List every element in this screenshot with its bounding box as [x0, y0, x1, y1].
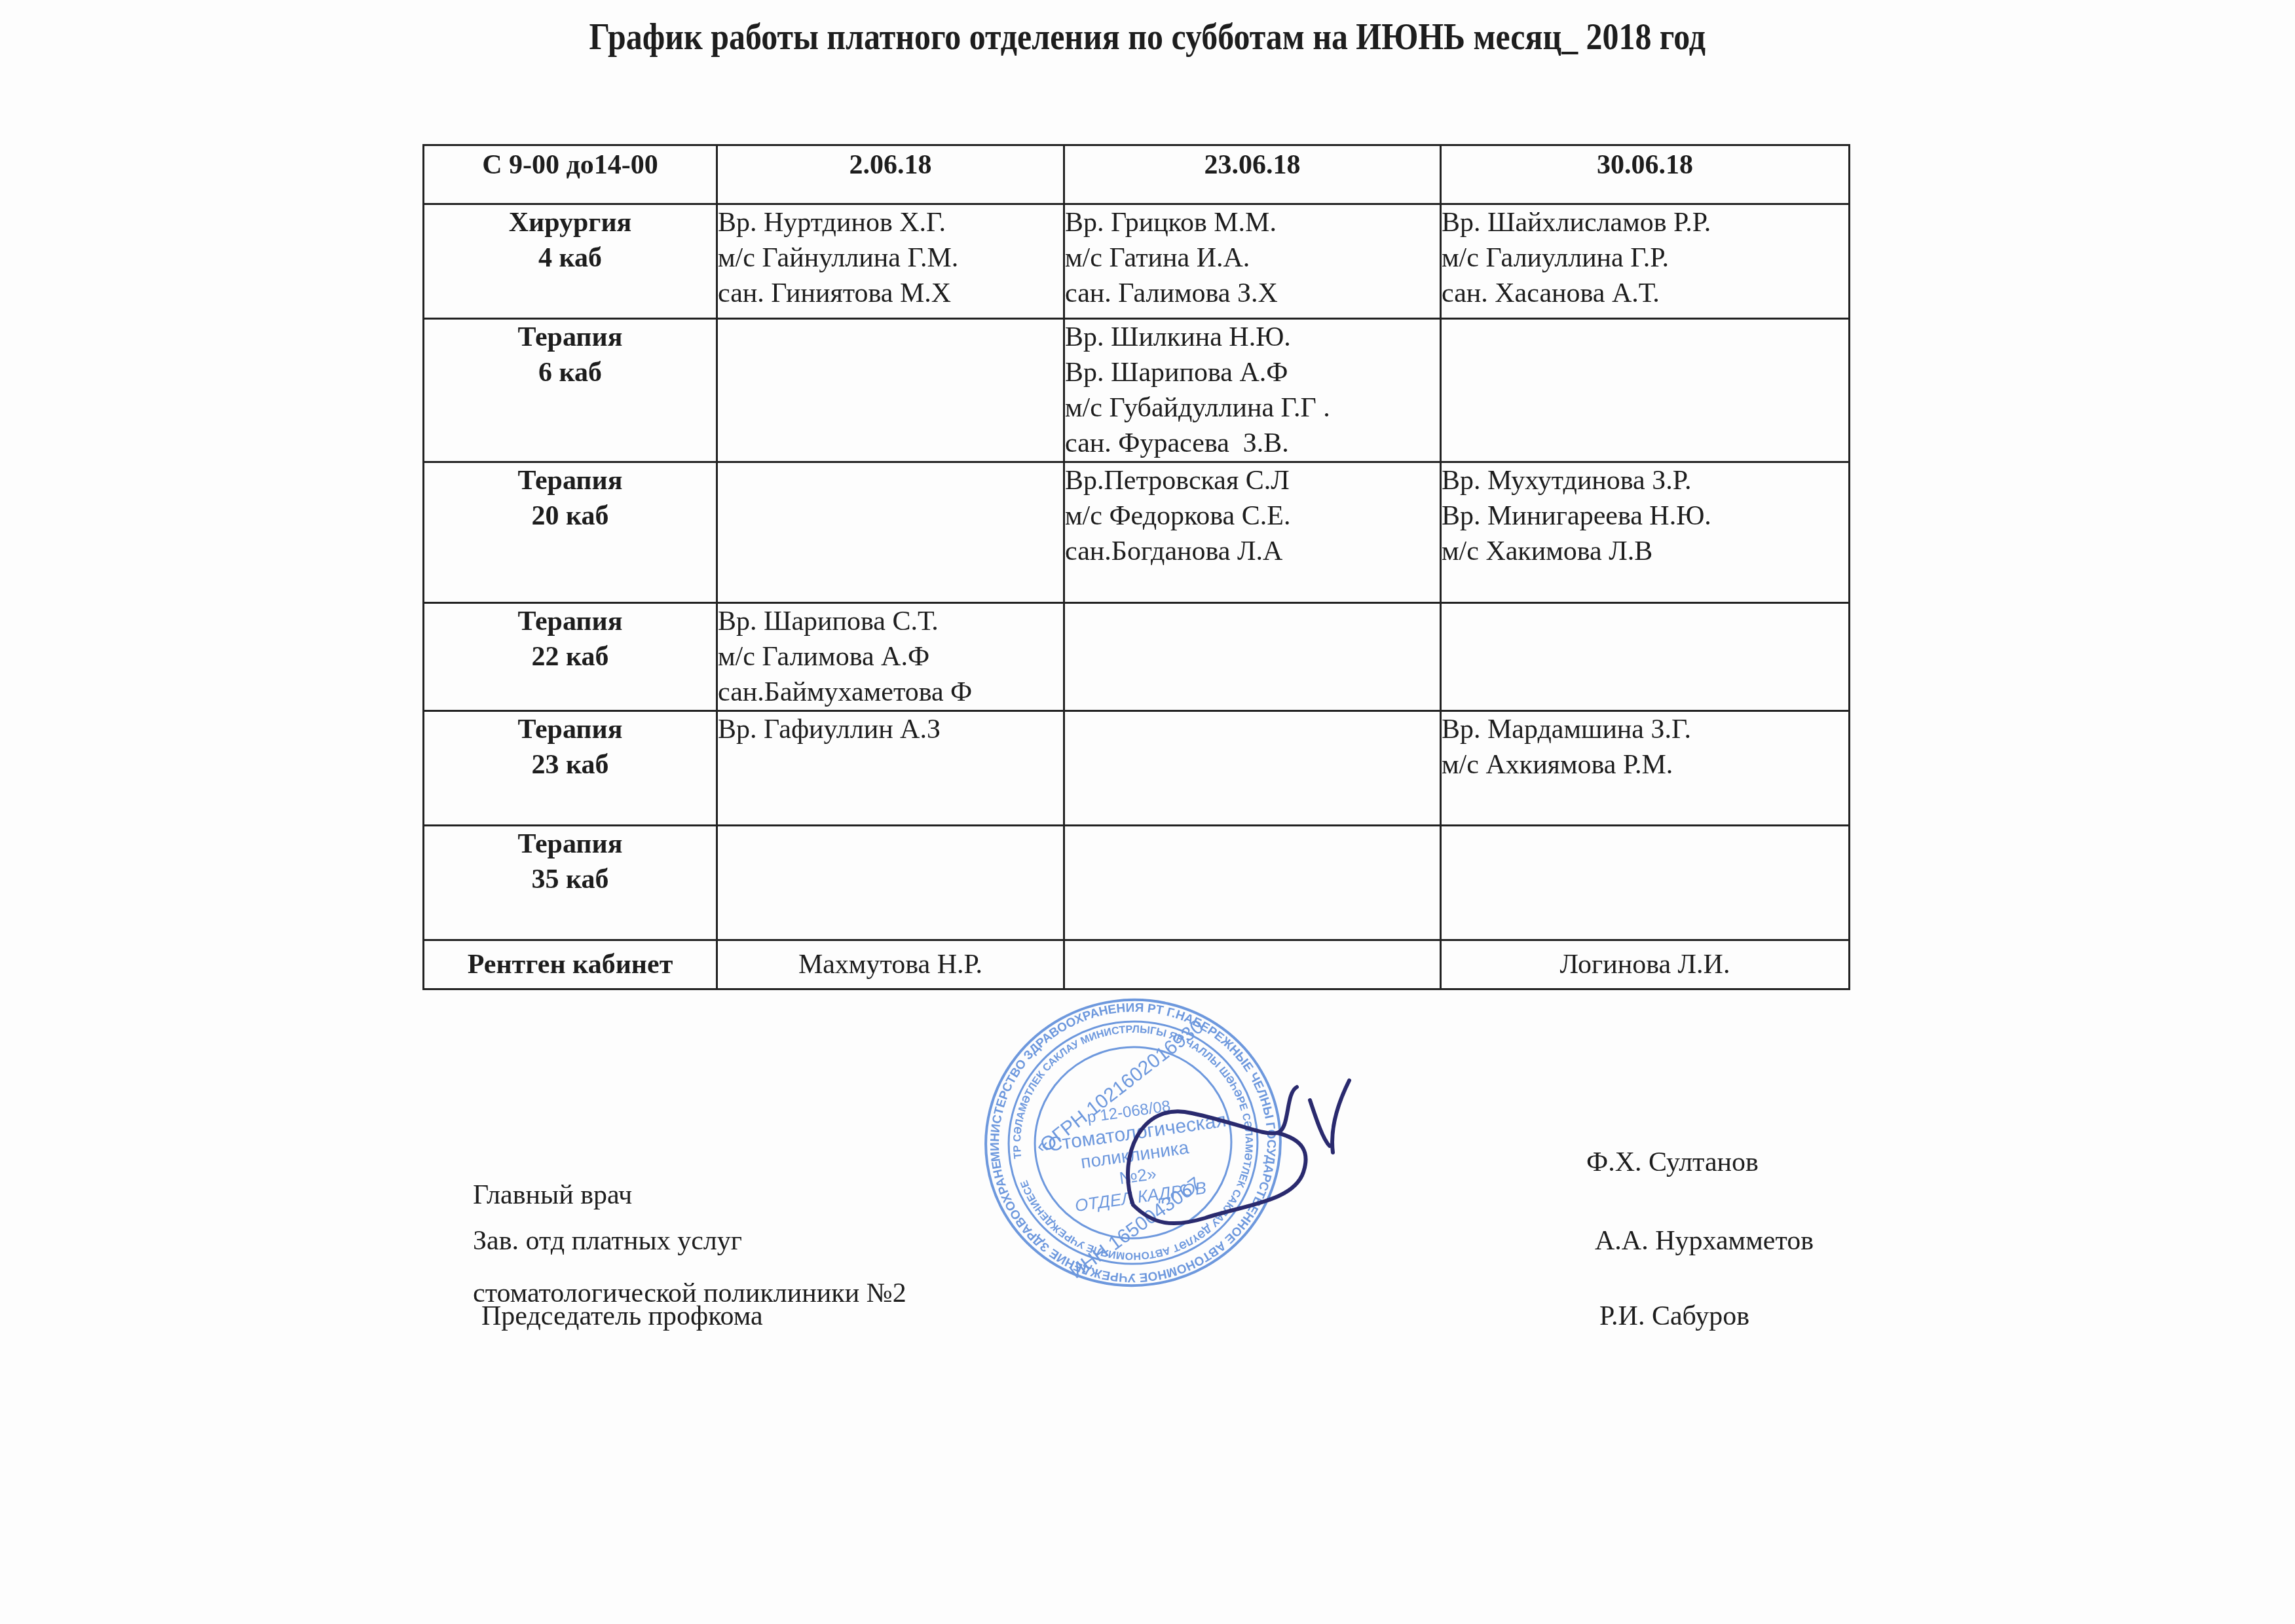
header-date: 2.06.18 [717, 145, 1064, 204]
staff-entry: Вр.Петровская С.Л [1065, 463, 1440, 498]
staff-entry: Вр. Шилкина Н.Ю. [1065, 320, 1440, 355]
staff-cell: Вр. Грицков М.М.м/с Гатина И.А.сан. Гали… [1064, 204, 1441, 319]
staff-entry: сан. Хасанова А.Т. [1442, 276, 1848, 311]
staff-entry: Вр. Гафиуллин А.З [718, 712, 1063, 747]
staff-entry: сан.Баймухаметова Ф [718, 674, 1063, 710]
table-row: Терапия22 кабВр. Шарипова С.Т.м/с Галимо… [424, 603, 1850, 711]
department-label: Терапия [424, 826, 716, 862]
staff-cell [1064, 826, 1441, 940]
department-cell: Терапия35 каб [424, 826, 717, 940]
department-label: Терапия [424, 463, 716, 498]
staff-cell [1064, 603, 1441, 711]
staff-entry: м/с Гатина И.А. [1065, 240, 1440, 276]
staff-entry: сан. Галимова З.Х [1065, 276, 1440, 311]
department-label: 6 каб [424, 355, 716, 390]
staff-cell: Вр. Нуртдинов Х.Г.м/с Гайнуллина Г.М.сан… [717, 204, 1064, 319]
table-row: Терапия6 кабВр. Шилкина Н.Ю.Вр. Шарипова… [424, 319, 1850, 462]
staff-entry: м/с Федоркова С.Е. [1065, 498, 1440, 534]
header-date: 30.06.18 [1441, 145, 1850, 204]
department-label: 22 каб [424, 639, 716, 674]
page-title: График работы платного отделения по субб… [160, 14, 2134, 58]
staff-entry: Логинова Л.И. [1442, 947, 1848, 982]
table-row: Терапия23 кабВр. Гафиуллин А.ЗВр. Мардам… [424, 711, 1850, 826]
table-header-row: С 9-00 до14-00 2.06.18 23.06.18 30.06.18 [424, 145, 1850, 204]
staff-cell [1441, 826, 1850, 940]
staff-cell: Вр. Шилкина Н.Ю.Вр. Шарипова А.Фм/с Губа… [1064, 319, 1441, 462]
department-cell: Терапия23 каб [424, 711, 717, 826]
staff-entry: м/с Гайнуллина Г.М. [718, 240, 1063, 276]
signature-position-paid-dept: Зав. отд платных услуг [473, 1225, 742, 1257]
schedule-table: С 9-00 до14-00 2.06.18 23.06.18 30.06.18… [422, 144, 1850, 990]
staff-cell: Логинова Л.И. [1441, 940, 1850, 989]
staff-entry: Вр. Шарипова А.Ф [1065, 355, 1440, 390]
signature-name-union: Р.И. Сабуров [1599, 1300, 1749, 1333]
department-cell: Терапия22 каб [424, 603, 717, 711]
signature-position-union: Председатель профкома [481, 1300, 763, 1333]
department-cell: Терапия20 каб [424, 462, 717, 603]
department-label: Терапия [424, 604, 716, 639]
handwritten-signature-icon [1113, 1074, 1375, 1244]
staff-entry: сан. Гиниятова М.Х [718, 276, 1063, 311]
staff-entry: Вр. Грицков М.М. [1065, 205, 1440, 240]
department-label: Терапия [424, 712, 716, 747]
staff-cell [1064, 711, 1441, 826]
staff-entry: сан. Фурасева З.В. [1065, 426, 1440, 461]
department-label: Терапия [424, 320, 716, 355]
department-cell: Хирургия4 каб [424, 204, 717, 319]
department-cell: Терапия6 каб [424, 319, 717, 462]
staff-cell: Вр. Гафиуллин А.З [717, 711, 1064, 826]
signature-name-chief: Ф.Х. Султанов [1586, 1146, 1759, 1179]
staff-entry: м/с Ахкиямова Р.М. [1442, 747, 1848, 783]
department-label: Хирургия [424, 205, 716, 240]
staff-entry: Махмутова Н.Р. [718, 947, 1063, 982]
department-cell: Рентген кабинет [424, 940, 717, 989]
staff-entry: Вр. Шарипова С.Т. [718, 604, 1063, 639]
signature-name-paid-dept: А.А. Нурхамметов [1595, 1225, 1814, 1257]
header-hours: С 9-00 до14-00 [424, 145, 717, 204]
staff-cell [717, 826, 1064, 940]
staff-entry: Вр. Шайхлисламов Р.Р. [1442, 205, 1848, 240]
staff-cell [717, 462, 1064, 603]
staff-entry: м/с Галимова А.Ф [718, 639, 1063, 674]
header-date: 23.06.18 [1064, 145, 1441, 204]
department-label: 23 каб [424, 747, 716, 783]
table-row: Рентген кабинетМахмутова Н.Р.Логинова Л.… [424, 940, 1850, 989]
table-row: Терапия20 кабВр.Петровская С.Лм/с Федорк… [424, 462, 1850, 603]
staff-entry: Вр. Мардамшина З.Г. [1442, 712, 1848, 747]
staff-cell [1441, 319, 1850, 462]
table-row: Хирургия4 кабВр. Нуртдинов Х.Г.м/с Гайну… [424, 204, 1850, 319]
staff-cell [1441, 603, 1850, 711]
staff-entry: м/с Галиуллина Г.Р. [1442, 240, 1848, 276]
department-label: 4 каб [424, 240, 716, 276]
department-label: Рентген кабинет [424, 947, 716, 982]
staff-cell: Махмутова Н.Р. [717, 940, 1064, 989]
staff-cell: Вр. Шарипова С.Т.м/с Галимова А.Фсан.Бай… [717, 603, 1064, 711]
staff-cell [717, 319, 1064, 462]
table-row: Терапия35 каб [424, 826, 1850, 940]
staff-entry: м/с Хакимова Л.В [1442, 534, 1848, 569]
staff-entry: м/с Губайдуллина Г.Г . [1065, 390, 1440, 426]
department-label: 20 каб [424, 498, 716, 534]
department-label: 35 каб [424, 862, 716, 897]
staff-entry: Вр. Мухутдинова З.Р. [1442, 463, 1848, 498]
staff-cell: Вр. Мухутдинова З.Р.Вр. Минигареева Н.Ю.… [1441, 462, 1850, 603]
position-line: Главный врач [473, 1179, 906, 1211]
staff-cell [1064, 940, 1441, 989]
staff-entry: Вр. Нуртдинов Х.Г. [718, 205, 1063, 240]
staff-entry: сан.Богданова Л.А [1065, 534, 1440, 569]
staff-cell: Вр.Петровская С.Лм/с Федоркова С.Е.сан.Б… [1064, 462, 1441, 603]
staff-cell: Вр. Мардамшина З.Г.м/с Ахкиямова Р.М. [1441, 711, 1850, 826]
staff-cell: Вр. Шайхлисламов Р.Р.м/с Галиуллина Г.Р.… [1441, 204, 1850, 319]
staff-entry: Вр. Минигареева Н.Ю. [1442, 498, 1848, 534]
